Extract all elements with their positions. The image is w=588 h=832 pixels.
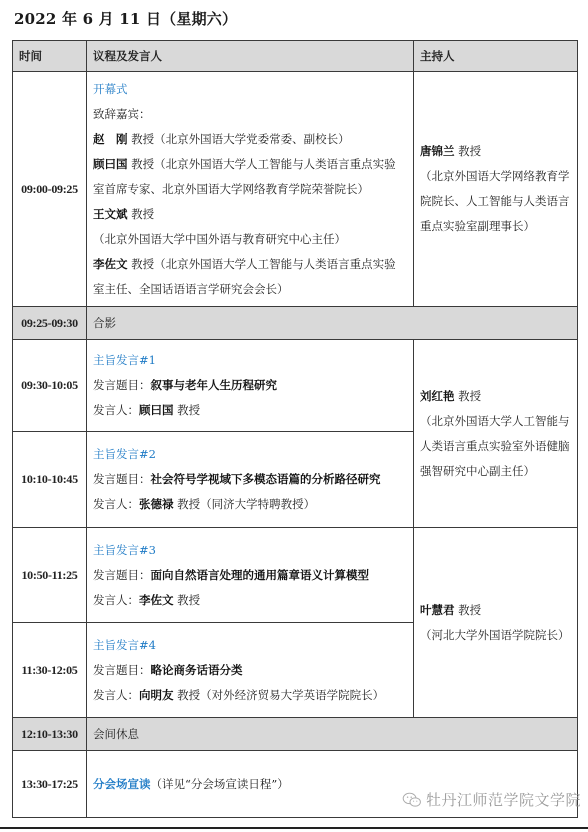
host-cell: 唐锦兰 教授 （北京外国语大学网络教育学院院长、人工智能与人类语言重点实验室副理… xyxy=(414,72,578,307)
topic: 略论商务话语分类 xyxy=(151,663,243,677)
table-header-row: 时间 议程及发言人 主持人 xyxy=(13,41,578,72)
speaker-entry: 赵 刚 教授（北京外国语大学党委常委、副校长） xyxy=(93,127,407,152)
table-row-break: 12:10-13:30 会间休息 xyxy=(13,718,578,751)
topic-label: 发言题目： xyxy=(93,568,151,582)
time-cell: 11:30-12:05 xyxy=(13,623,87,718)
agenda-cell: 主旨发言#2 发言题目：社会符号学视域下多模态语篇的分析路径研究 发言人：张德禄… xyxy=(87,432,414,528)
speaker-label: 发言人： xyxy=(93,497,139,511)
page-title: 2022 年 6 月 11 日（星期六） xyxy=(14,8,237,29)
keynote-heading: 主旨发言#2 xyxy=(93,442,407,467)
host-title: 教授 xyxy=(458,603,481,617)
speaker-title: 教授 xyxy=(177,688,200,702)
speaker-title: 教授 xyxy=(177,403,200,417)
host-cell: 刘红艳 教授 （北京外国语大学人工智能与人类语言重点实验室外语健脑强智研究中心副… xyxy=(414,340,578,528)
bottom-divider xyxy=(0,827,588,829)
time-cell: 09:00-09:25 xyxy=(13,72,87,307)
speaker-line: 发言人：张德禄 教授（同济大学特聘教授） xyxy=(93,492,407,517)
topic-line: 发言题目：社会符号学视域下多模态语篇的分析路径研究 xyxy=(93,467,407,492)
keynote-heading: 主旨发言#4 xyxy=(93,633,407,658)
speaker-name: 赵 刚 xyxy=(93,132,128,146)
header-agenda: 议程及发言人 xyxy=(87,41,414,72)
time-cell: 09:25-09:30 xyxy=(13,307,87,340)
session-heading: 开幕式 xyxy=(93,77,407,102)
speaker-title: 教授 xyxy=(131,257,154,271)
speaker-title: 教授 xyxy=(131,132,154,146)
table-row-keynote: 10:50-11:25 主旨发言#3 发言题目：面向自然语言处理的通用篇章语义计… xyxy=(13,528,578,623)
host-name: 唐锦兰 xyxy=(420,144,455,158)
speaker-entry: 李佐文 教授（北京外国语大学人工智能与人类语言重点实验室主任、全国话语语言学研究… xyxy=(93,252,407,302)
speaker-label: 发言人： xyxy=(93,688,139,702)
topic: 叙事与老年人生历程研究 xyxy=(151,378,278,392)
agenda-cell: 主旨发言#3 发言题目：面向自然语言处理的通用篇章语义计算模型 发言人：李佐文 … xyxy=(87,528,414,623)
header-time: 时间 xyxy=(13,41,87,72)
host-title: 教授 xyxy=(458,144,481,158)
time-cell: 13:30-17:25 xyxy=(13,751,87,818)
speaker-name: 李佐文 xyxy=(93,257,128,271)
host-affiliation: （北京外国语大学网络教育学院院长、人工智能与人类语言重点实验室副理事长） xyxy=(420,164,571,239)
host-affiliation: （北京外国语大学人工智能与人类语言重点实验室外语健脑强智研究中心副主任） xyxy=(420,409,571,484)
time-cell: 10:10-10:45 xyxy=(13,432,87,528)
header-host: 主持人 xyxy=(414,41,578,72)
topic-line: 发言题目：略论商务话语分类 xyxy=(93,658,407,683)
topic-label: 发言题目： xyxy=(93,663,151,677)
speaker-name: 顾曰国 xyxy=(93,157,128,171)
wechat-icon xyxy=(402,792,422,808)
speaker-title: 教授 xyxy=(177,497,200,511)
agenda-cell: 会间休息 xyxy=(87,718,578,751)
speaker-title: 教授 xyxy=(177,593,200,607)
host-title: 教授 xyxy=(458,389,481,403)
parallel-heading: 分会场宣读 xyxy=(93,777,151,791)
watermark-text: 牡丹江师范学院文学院 xyxy=(426,789,581,810)
watermark: 牡丹江师范学院文学院 xyxy=(402,789,581,810)
topic-label: 发言题目： xyxy=(93,378,151,392)
agenda-cell: 开幕式 致辞嘉宾： 赵 刚 教授（北京外国语大学党委常委、副校长） 顾曰国 教授… xyxy=(87,72,414,307)
time-cell: 10:50-11:25 xyxy=(13,528,87,623)
table-row-photo: 09:25-09:30 合影 xyxy=(13,307,578,340)
speaker-affiliation: （对外经济贸易大学英语学院院长） xyxy=(200,688,384,702)
speaker-line: 发言人：顾曰国 教授 xyxy=(93,398,407,423)
table-row-keynote: 09:30-10:05 主旨发言#1 发言题目：叙事与老年人生历程研究 发言人：… xyxy=(13,340,578,432)
speaker-line: 发言人：向明友 教授（对外经济贸易大学英语学院院长） xyxy=(93,683,407,708)
host-name: 叶慧君 xyxy=(420,603,455,617)
speaker-name: 顾曰国 xyxy=(139,403,174,417)
time-cell: 12:10-13:30 xyxy=(13,718,87,751)
topic: 社会符号学视域下多模态语篇的分析路径研究 xyxy=(151,472,381,486)
host-cell: 叶慧君 教授 （河北大学外国语学院院长） xyxy=(414,528,578,718)
table-row-opening: 09:00-09:25 开幕式 致辞嘉宾： 赵 刚 教授（北京外国语大学党委常委… xyxy=(13,72,578,307)
speaker-title: 教授 xyxy=(131,207,154,221)
keynote-heading: 主旨发言#1 xyxy=(93,348,407,373)
parallel-note: （详见“分会场宣读日程”） xyxy=(151,777,289,791)
keynote-heading: 主旨发言#3 xyxy=(93,538,407,563)
agenda-cell: 主旨发言#1 发言题目：叙事与老年人生历程研究 发言人：顾曰国 教授 xyxy=(87,340,414,432)
agenda-cell: 主旨发言#4 发言题目：略论商务话语分类 发言人：向明友 教授（对外经济贸易大学… xyxy=(87,623,414,718)
speaker-label: 发言人： xyxy=(93,403,139,417)
speaker-entry: 王文斌 教授（北京外国语大学中国外语与教育研究中心主任） xyxy=(93,202,407,252)
speaker-title: 教授 xyxy=(131,157,154,171)
speaker-line: 发言人：李佐文 教授 xyxy=(93,588,407,613)
agenda-cell: 合影 xyxy=(87,307,578,340)
speaker-affiliation: （同济大学特聘教授） xyxy=(200,497,315,511)
topic-label: 发言题目： xyxy=(93,472,151,486)
schedule-table: 时间 议程及发言人 主持人 09:00-09:25 开幕式 致辞嘉宾： 赵 刚 … xyxy=(12,40,578,818)
topic: 面向自然语言处理的通用篇章语义计算模型 xyxy=(151,568,370,582)
host-name: 刘红艳 xyxy=(420,389,455,403)
topic-line: 发言题目：叙事与老年人生历程研究 xyxy=(93,373,407,398)
speaker-name: 向明友 xyxy=(139,688,174,702)
speaker-affiliation: （北京外国语大学中国外语与教育研究中心主任） xyxy=(93,232,346,246)
speaker-label: 发言人： xyxy=(93,593,139,607)
host-affiliation: （河北大学外国语学院院长） xyxy=(420,623,571,648)
guests-label: 致辞嘉宾： xyxy=(93,102,407,127)
topic-line: 发言题目：面向自然语言处理的通用篇章语义计算模型 xyxy=(93,563,407,588)
speaker-name: 李佐文 xyxy=(139,593,174,607)
speaker-name: 张德禄 xyxy=(139,497,174,511)
speaker-name: 王文斌 xyxy=(93,207,128,221)
speaker-entry: 顾曰国 教授（北京外国语大学人工智能与人类语言重点实验室首席专家、北京外国语大学… xyxy=(93,152,407,202)
time-cell: 09:30-10:05 xyxy=(13,340,87,432)
speaker-affiliation: （北京外国语大学党委常委、副校长） xyxy=(154,132,350,146)
